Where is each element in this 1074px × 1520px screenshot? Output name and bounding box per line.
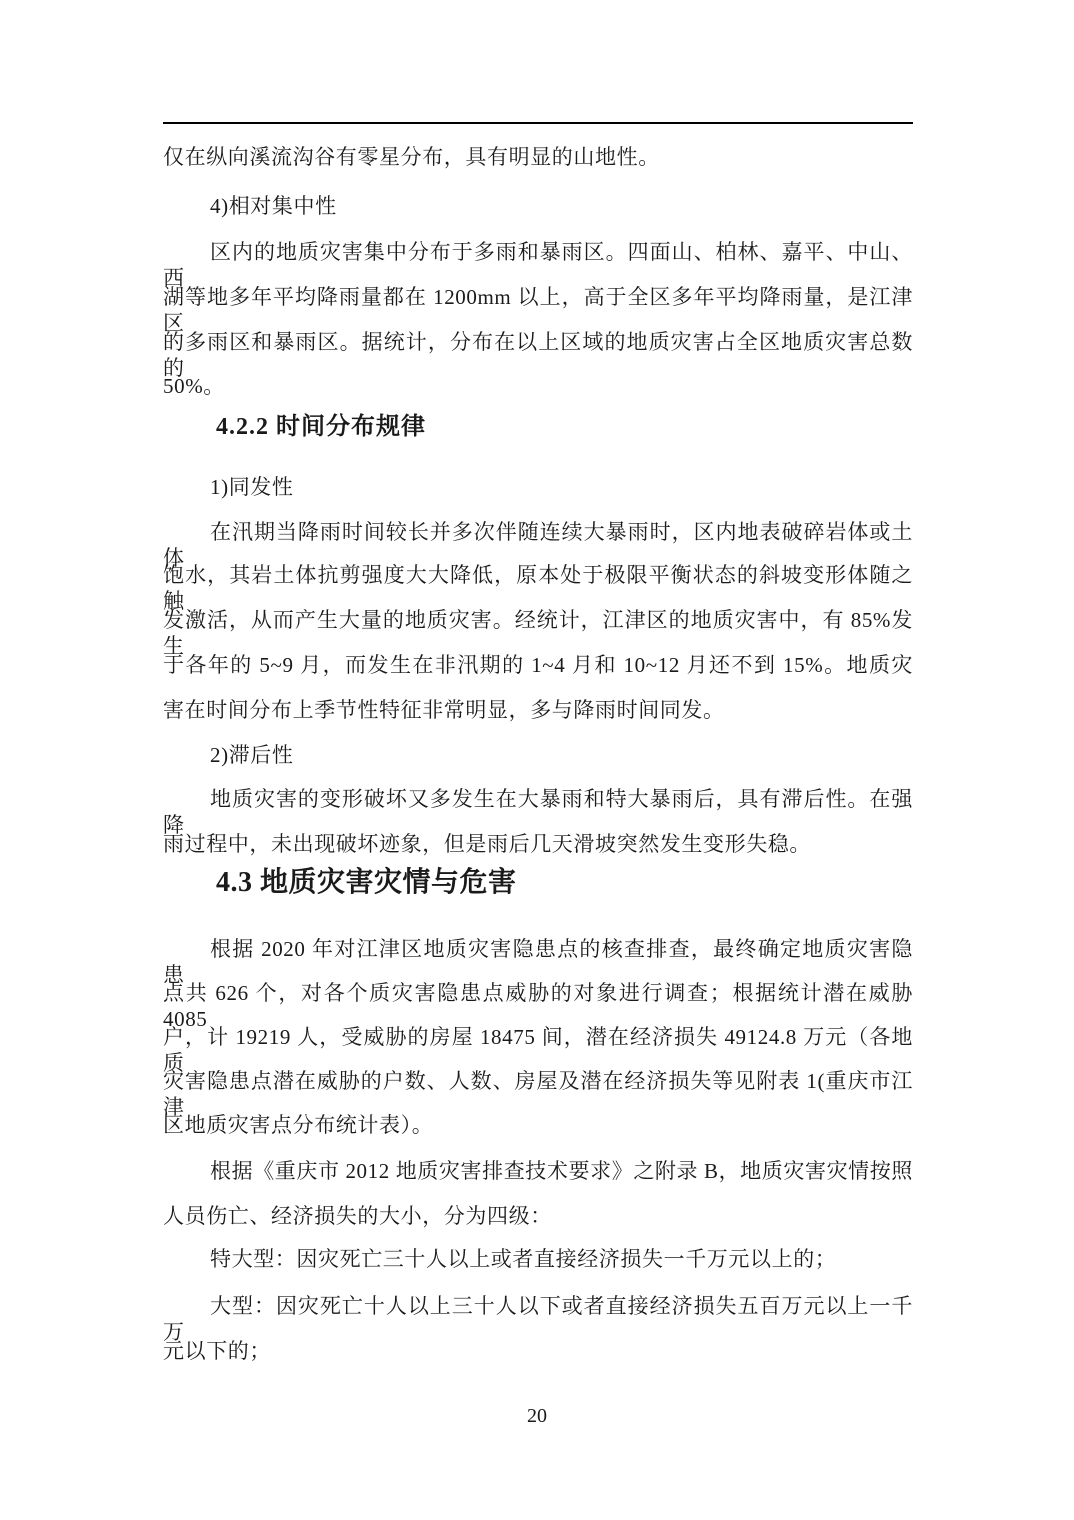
body-line: 区地质灾害点分布统计表）。 [163, 1112, 913, 1138]
body-line: 特大型：因灾死亡三十人以上或者直接经济损失一千万元以上的； [163, 1246, 913, 1272]
list-item-4-heading: 4)相对集中性 [163, 193, 913, 219]
header-divider-line [163, 122, 913, 124]
list-item-2-heading: 2)滞后性 [163, 742, 913, 768]
page-number: 20 [0, 1404, 1074, 1428]
body-line: 雨过程中，未出现破坏迹象，但是雨后几天滑坡突然发生变形失稳。 [163, 831, 913, 857]
body-line: 元以下的； [163, 1338, 913, 1364]
body-line: 根据《重庆市 2012 地质灾害排查技术要求》之附录 B，地质灾害灾情按照 [163, 1158, 913, 1184]
section-heading-4-3: 4.3 地质灾害灾情与危害 [163, 866, 913, 900]
body-line: 人员伤亡、经济损失的大小，分为四级： [163, 1203, 913, 1229]
list-item-1-heading: 1)同发性 [163, 474, 913, 500]
body-line: 仅在纵向溪流沟谷有零星分布，具有明显的山地性。 [163, 144, 913, 170]
body-line: 50%。 [163, 373, 913, 399]
document-page: 仅在纵向溪流沟谷有零星分布，具有明显的山地性。 4)相对集中性 区内的地质灾害集… [0, 0, 1074, 1520]
body-line: 害在时间分布上季节性特征非常明显，多与降雨时间同发。 [163, 697, 913, 723]
body-line: 于各年的 5~9 月，而发生在非汛期的 1~4 月和 10~12 月还不到 15… [163, 652, 913, 678]
section-heading-4-2-2: 4.2.2 时间分布规律 [163, 412, 913, 442]
